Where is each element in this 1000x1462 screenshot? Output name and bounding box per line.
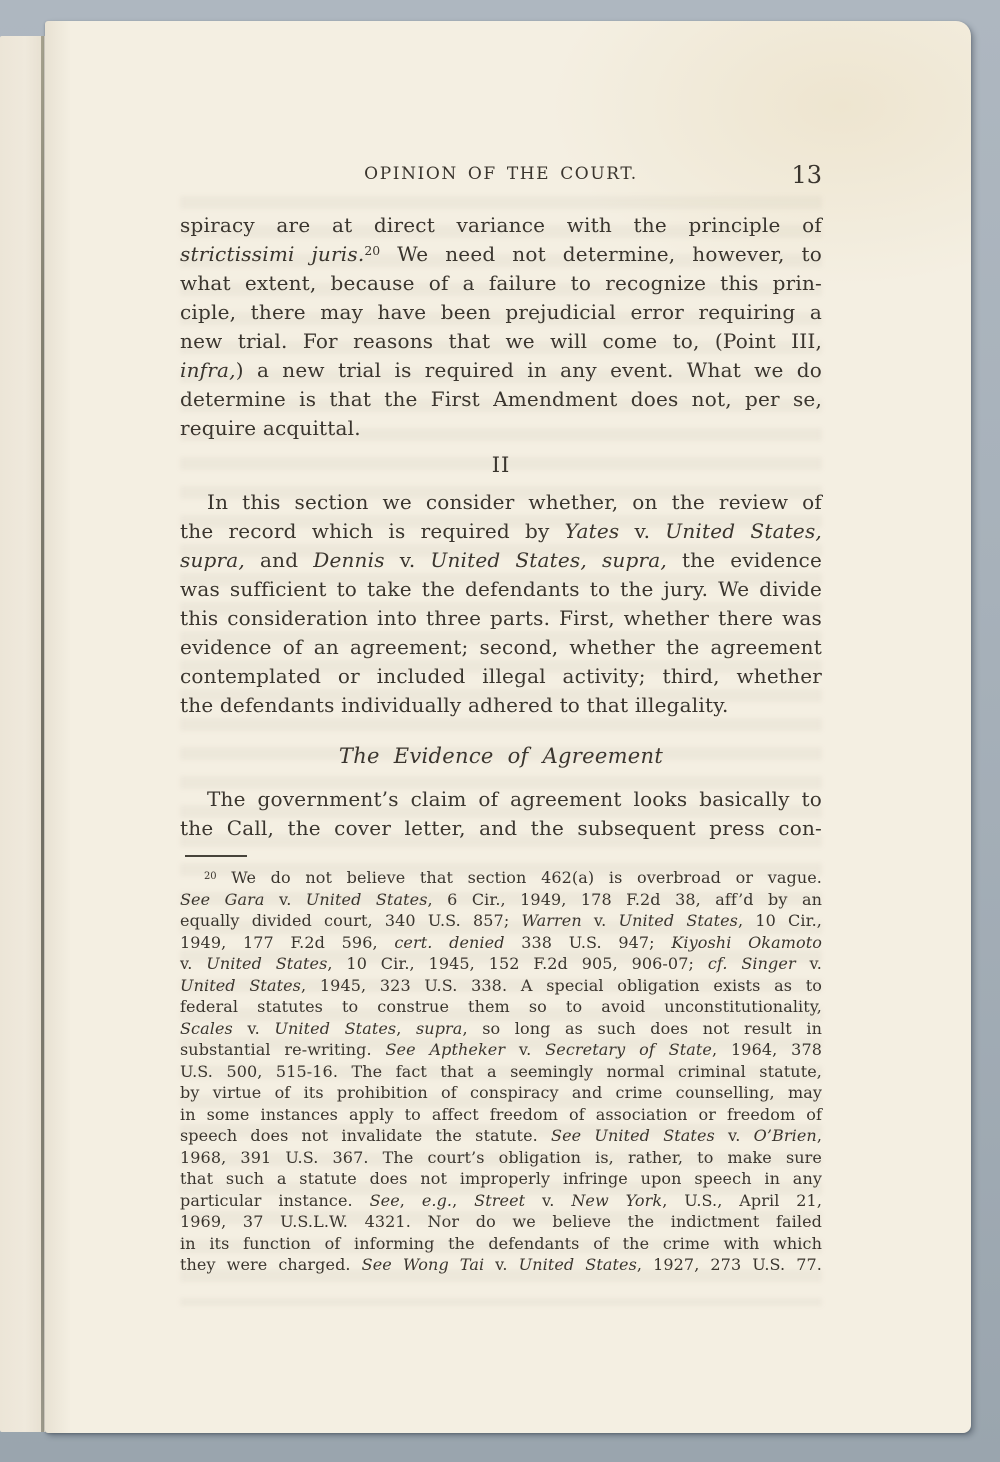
italic-text-run: See Gara	[180, 890, 265, 909]
italic-text-run: O’Brien	[754, 1126, 817, 1145]
italic-text-run: See	[370, 1191, 400, 1210]
paragraph-government-claim: The government’s claim of agreement look…	[180, 785, 822, 843]
text-run: v.	[505, 1040, 545, 1059]
text-run: We do not believe that section 462(a) is…	[217, 868, 822, 887]
text-line: contemplated or included illegal activit…	[180, 662, 822, 691]
text-line: 1968, 391 U.S. 367. The court’s obligati…	[180, 1147, 822, 1169]
text-run: and	[245, 548, 313, 572]
italic-text-run: United States	[274, 1019, 396, 1038]
text-run: they were charged.	[180, 1255, 362, 1274]
text-run: evidence of an agreement; second, whethe…	[180, 635, 822, 659]
text-run: , 1964, 378	[712, 1040, 822, 1059]
text-run: v.	[796, 954, 822, 973]
text-run: that such a statute does not improperly …	[180, 1169, 822, 1188]
text-line: this consideration into three parts. Fir…	[180, 604, 822, 633]
text-run: v.	[619, 519, 665, 543]
text-run: what extent, because of a failure to rec…	[180, 271, 822, 295]
italic-text-run: See United States	[551, 1126, 715, 1145]
text-run: 1949, 177 F.2d 596,	[180, 933, 394, 952]
text-run: v.	[265, 890, 306, 909]
text-line: substantial re-writing. See Aptheker v. …	[180, 1039, 822, 1061]
italic-text-run: United States,	[665, 519, 822, 543]
text-line: in its function of informing the defenda…	[180, 1233, 822, 1255]
text-line: equally divided court, 340 U.S. 857; War…	[180, 910, 822, 932]
text-line: 1949, 177 F.2d 596, cert. denied 338 U.S…	[180, 932, 822, 954]
text-run: 1969, 37 U.S.L.W. 4321. Nor do we believ…	[180, 1212, 822, 1231]
text-line: that such a statute does not improperly …	[180, 1168, 822, 1190]
text-run: ,	[396, 1019, 416, 1038]
text-run: the record which is required by	[180, 519, 565, 543]
section-numeral: II	[180, 451, 822, 480]
italic-text-run: See Aptheker	[385, 1040, 505, 1059]
italic-text-run: New York	[571, 1191, 662, 1210]
text-run: , 1927, 273 U.S. 77.	[637, 1255, 822, 1274]
text-line: strictissimi juris.20 We need not determ…	[180, 240, 822, 269]
text-run: , 1945, 323 U.S. 338. A special obligati…	[301, 976, 822, 995]
text-run: new trial. For reasons that we will come…	[180, 329, 822, 353]
italic-text-run: supra	[416, 1019, 462, 1038]
text-run: substantial re-writing.	[180, 1040, 385, 1059]
text-line: spiracy are at direct variance with the …	[180, 211, 822, 240]
paragraph-section-overview: In this section we consider whether, on …	[180, 488, 822, 720]
text-run: was sufficient to take the defendants to…	[180, 577, 822, 601]
text-run: the Call, the cover letter, and the subs…	[180, 816, 822, 840]
text-line: v. United States, 10 Cir., 1945, 152 F.2…	[180, 953, 822, 975]
binding-crease	[41, 36, 44, 1432]
text-run: 338 U.S. 947;	[505, 933, 672, 952]
text-run: require acquittal.	[180, 416, 361, 440]
text-run: , 6 Cir., 1949, 178 F.2d 38, aff’d by an	[428, 890, 822, 909]
text-run: spiracy are at direct variance with the …	[180, 213, 822, 237]
text-run: , U.S., April 21,	[662, 1191, 822, 1210]
text-run: v.	[525, 1191, 571, 1210]
text-run: by virtue of its prohibition of conspira…	[180, 1083, 822, 1102]
text-line: was sufficient to take the defendants to…	[180, 575, 822, 604]
text-run: , 10 Cir.,	[738, 911, 822, 930]
text-line: ciple, there may have been prejudicial e…	[180, 298, 822, 327]
text-line: they were charged. See Wong Tai v. Unite…	[180, 1254, 822, 1276]
text-line: In this section we consider whether, on …	[180, 488, 822, 517]
text-run: speech does not invalidate the statute.	[180, 1126, 551, 1145]
footnote-20: 20 We do not believe that section 462(a)…	[180, 867, 822, 1276]
text-run: v.	[180, 954, 206, 973]
text-run: ,	[400, 1191, 422, 1210]
italic-text-run: United States, supra,	[430, 548, 667, 572]
text-run: ,	[452, 1191, 474, 1210]
footnote-separator-rule	[185, 855, 247, 857]
text-run: federal statutes to construe them so to …	[180, 997, 822, 1016]
subsection-heading: The Evidence of Agreement	[180, 741, 822, 771]
text-line: infra,) a new trial is required in any e…	[180, 356, 822, 385]
text-line: new trial. For reasons that we will come…	[180, 327, 822, 356]
footnote-reference: 20	[364, 243, 380, 258]
italic-text-run: cf. Singer	[708, 954, 796, 973]
text-run: The government’s claim of agreement look…	[207, 787, 822, 811]
text-line: the record which is required by Yates v.…	[180, 517, 822, 546]
text-line: the Call, the cover letter, and the subs…	[180, 814, 822, 843]
italic-text-run: Scales	[180, 1019, 233, 1038]
text-run: the evidence	[667, 548, 822, 572]
italic-text-run: e.g.	[422, 1191, 452, 1210]
text-line: the defendants individually adhered to t…	[180, 691, 822, 720]
text-run: v.	[385, 548, 431, 572]
text-run: v.	[715, 1126, 754, 1145]
paragraph-conspiracy-variance: spiracy are at direct variance with the …	[180, 211, 822, 443]
italic-text-run: Warren	[522, 911, 582, 930]
text-run: We need not determine, however, to	[380, 242, 822, 266]
italic-text-run: United States	[206, 954, 327, 973]
text-run: v.	[233, 1019, 275, 1038]
text-run: in its function of informing the defenda…	[180, 1234, 822, 1253]
text-line: federal statutes to construe them so to …	[180, 996, 822, 1018]
text-line: require acquittal.	[180, 414, 822, 443]
text-run: the defendants individually adhered to t…	[180, 693, 729, 717]
text-run: in some instances apply to affect freedo…	[180, 1105, 822, 1124]
text-run: v.	[484, 1255, 518, 1274]
italic-text-run: Dennis	[313, 548, 385, 572]
text-line: U.S. 500, 515-16. The fact that a seemin…	[180, 1061, 822, 1083]
italic-text-run: supra,	[180, 548, 245, 572]
text-line: 20 We do not believe that section 462(a)…	[180, 867, 822, 889]
text-line: what extent, because of a failure to rec…	[180, 269, 822, 298]
text-run: In this section we consider whether, on …	[207, 490, 822, 514]
text-run: v.	[582, 911, 619, 930]
text-line: speech does not invalidate the statute. …	[180, 1125, 822, 1147]
italic-text-run: strictissimi juris.	[180, 242, 364, 266]
text-line: Scales v. United States, supra, so long …	[180, 1018, 822, 1040]
text-line: See Gara v. United States, 6 Cir., 1949,…	[180, 889, 822, 911]
previous-page-edge	[0, 36, 46, 1432]
italic-text-run: United States	[519, 1255, 637, 1274]
italic-text-run: Secretary of State	[545, 1040, 712, 1059]
text-run: this consideration into three parts. Fir…	[180, 606, 822, 630]
text-line: particular instance. See, e.g., Street v…	[180, 1190, 822, 1212]
italic-text-run: Kiyoshi Okamoto	[671, 933, 822, 952]
text-run: ciple, there may have been prejudicial e…	[180, 300, 822, 324]
running-head-title: OPINION OF THE COURT.	[364, 164, 638, 184]
text-run: 1968, 391 U.S. 367. The court’s obligati…	[180, 1148, 822, 1167]
italic-text-run: See Wong Tai	[362, 1255, 485, 1274]
italic-text-run: United States	[180, 976, 301, 995]
text-run: , so long as such does not result in	[462, 1019, 822, 1038]
italic-text-run: cert. denied	[394, 933, 504, 952]
running-header: OPINION OF THE COURT. 13	[180, 161, 822, 195]
text-run: equally divided court, 340 U.S. 857;	[180, 911, 522, 930]
text-run: particular instance.	[180, 1191, 370, 1210]
italic-text-run: Yates	[565, 519, 620, 543]
scanned-book-page: OPINION OF THE COURT. 13 spiracy are at …	[0, 0, 1000, 1462]
page-number: 13	[791, 161, 822, 189]
italic-text-run: United States	[619, 911, 738, 930]
italic-text-run: infra,	[180, 358, 236, 382]
text-line: 1969, 37 U.S.L.W. 4321. Nor do we believ…	[180, 1211, 822, 1233]
text-run: U.S. 500, 515-16. The fact that a seemin…	[180, 1062, 822, 1081]
italic-text-run: Street	[474, 1191, 525, 1210]
text-run: ,	[817, 1126, 822, 1145]
page: OPINION OF THE COURT. 13 spiracy are at …	[45, 21, 971, 1433]
text-run: , 10 Cir., 1945, 152 F.2d 905, 906-07;	[327, 954, 707, 973]
text-line: The government’s claim of agreement look…	[180, 785, 822, 814]
text-line: evidence of an agreement; second, whethe…	[180, 633, 822, 662]
italic-text-run: United States	[306, 890, 428, 909]
text-line: determine is that the First Amendment do…	[180, 385, 822, 414]
text-line: supra, and Dennis v. United States, supr…	[180, 546, 822, 575]
text-line: by virtue of its prohibition of conspira…	[180, 1082, 822, 1104]
text-run: determine is that the First Amendment do…	[180, 387, 822, 411]
text-run: contemplated or included illegal activit…	[180, 664, 822, 688]
footnote-reference: 20	[204, 871, 217, 882]
text-line: United States, 1945, 323 U.S. 338. A spe…	[180, 975, 822, 997]
text-line: in some instances apply to affect freedo…	[180, 1104, 822, 1126]
text-run: ) a new trial is required in any event. …	[236, 358, 822, 382]
